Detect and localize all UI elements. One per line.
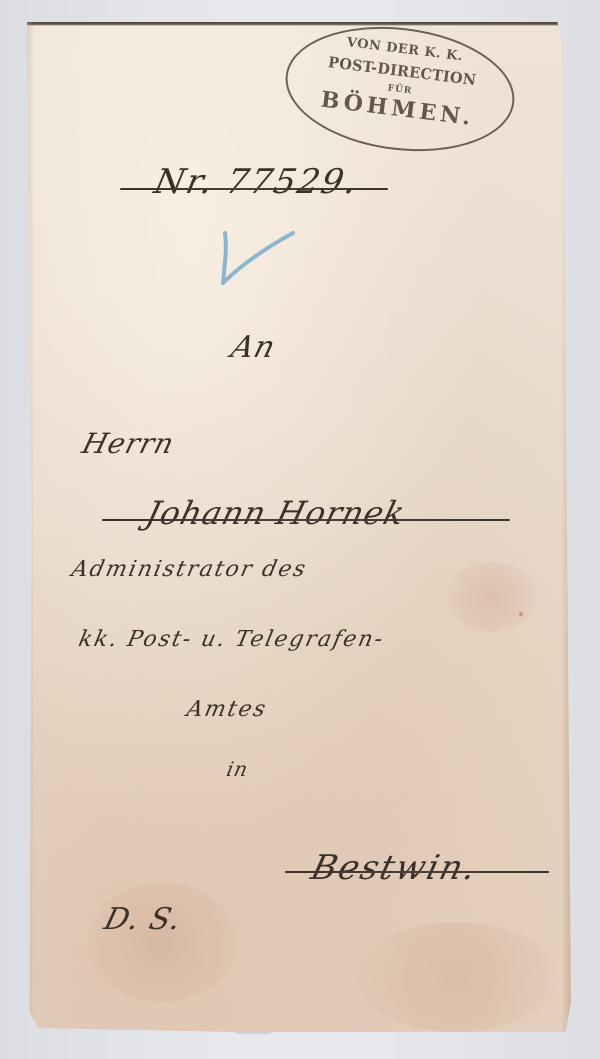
paper-stain: [357, 922, 557, 1032]
recipient-title-line: kk. Post- u. Telegrafen-: [76, 627, 386, 652]
reference-underline: [120, 188, 388, 190]
recipient-name: Johann Hornek: [142, 494, 409, 532]
blue-checkmark-icon: [219, 227, 299, 287]
letter-sheet: VON DER K. K. POST-DIRECTION FÜR BÖHMEN.…: [27, 22, 571, 1032]
reference-number: Nr. 77529.: [151, 162, 362, 202]
paper-stain: [87, 882, 237, 1002]
red-ink-speck: [519, 612, 523, 616]
paper-stain: [447, 562, 537, 632]
address-preposition: An: [227, 330, 279, 365]
postmark-stamp: VON DER K. K. POST-DIRECTION FÜR BÖHMEN.: [278, 14, 521, 163]
in-preposition: in: [224, 757, 250, 781]
destination-underline: [285, 871, 549, 873]
recipient-title-line: Administrator des: [69, 557, 309, 582]
destination-town: Bestwin.: [307, 848, 482, 888]
service-initials: D. S.: [101, 902, 186, 937]
address-honorific: Herrn: [79, 427, 179, 460]
recipient-title-line: Amtes: [184, 697, 269, 722]
recipient-underline: [102, 519, 510, 521]
